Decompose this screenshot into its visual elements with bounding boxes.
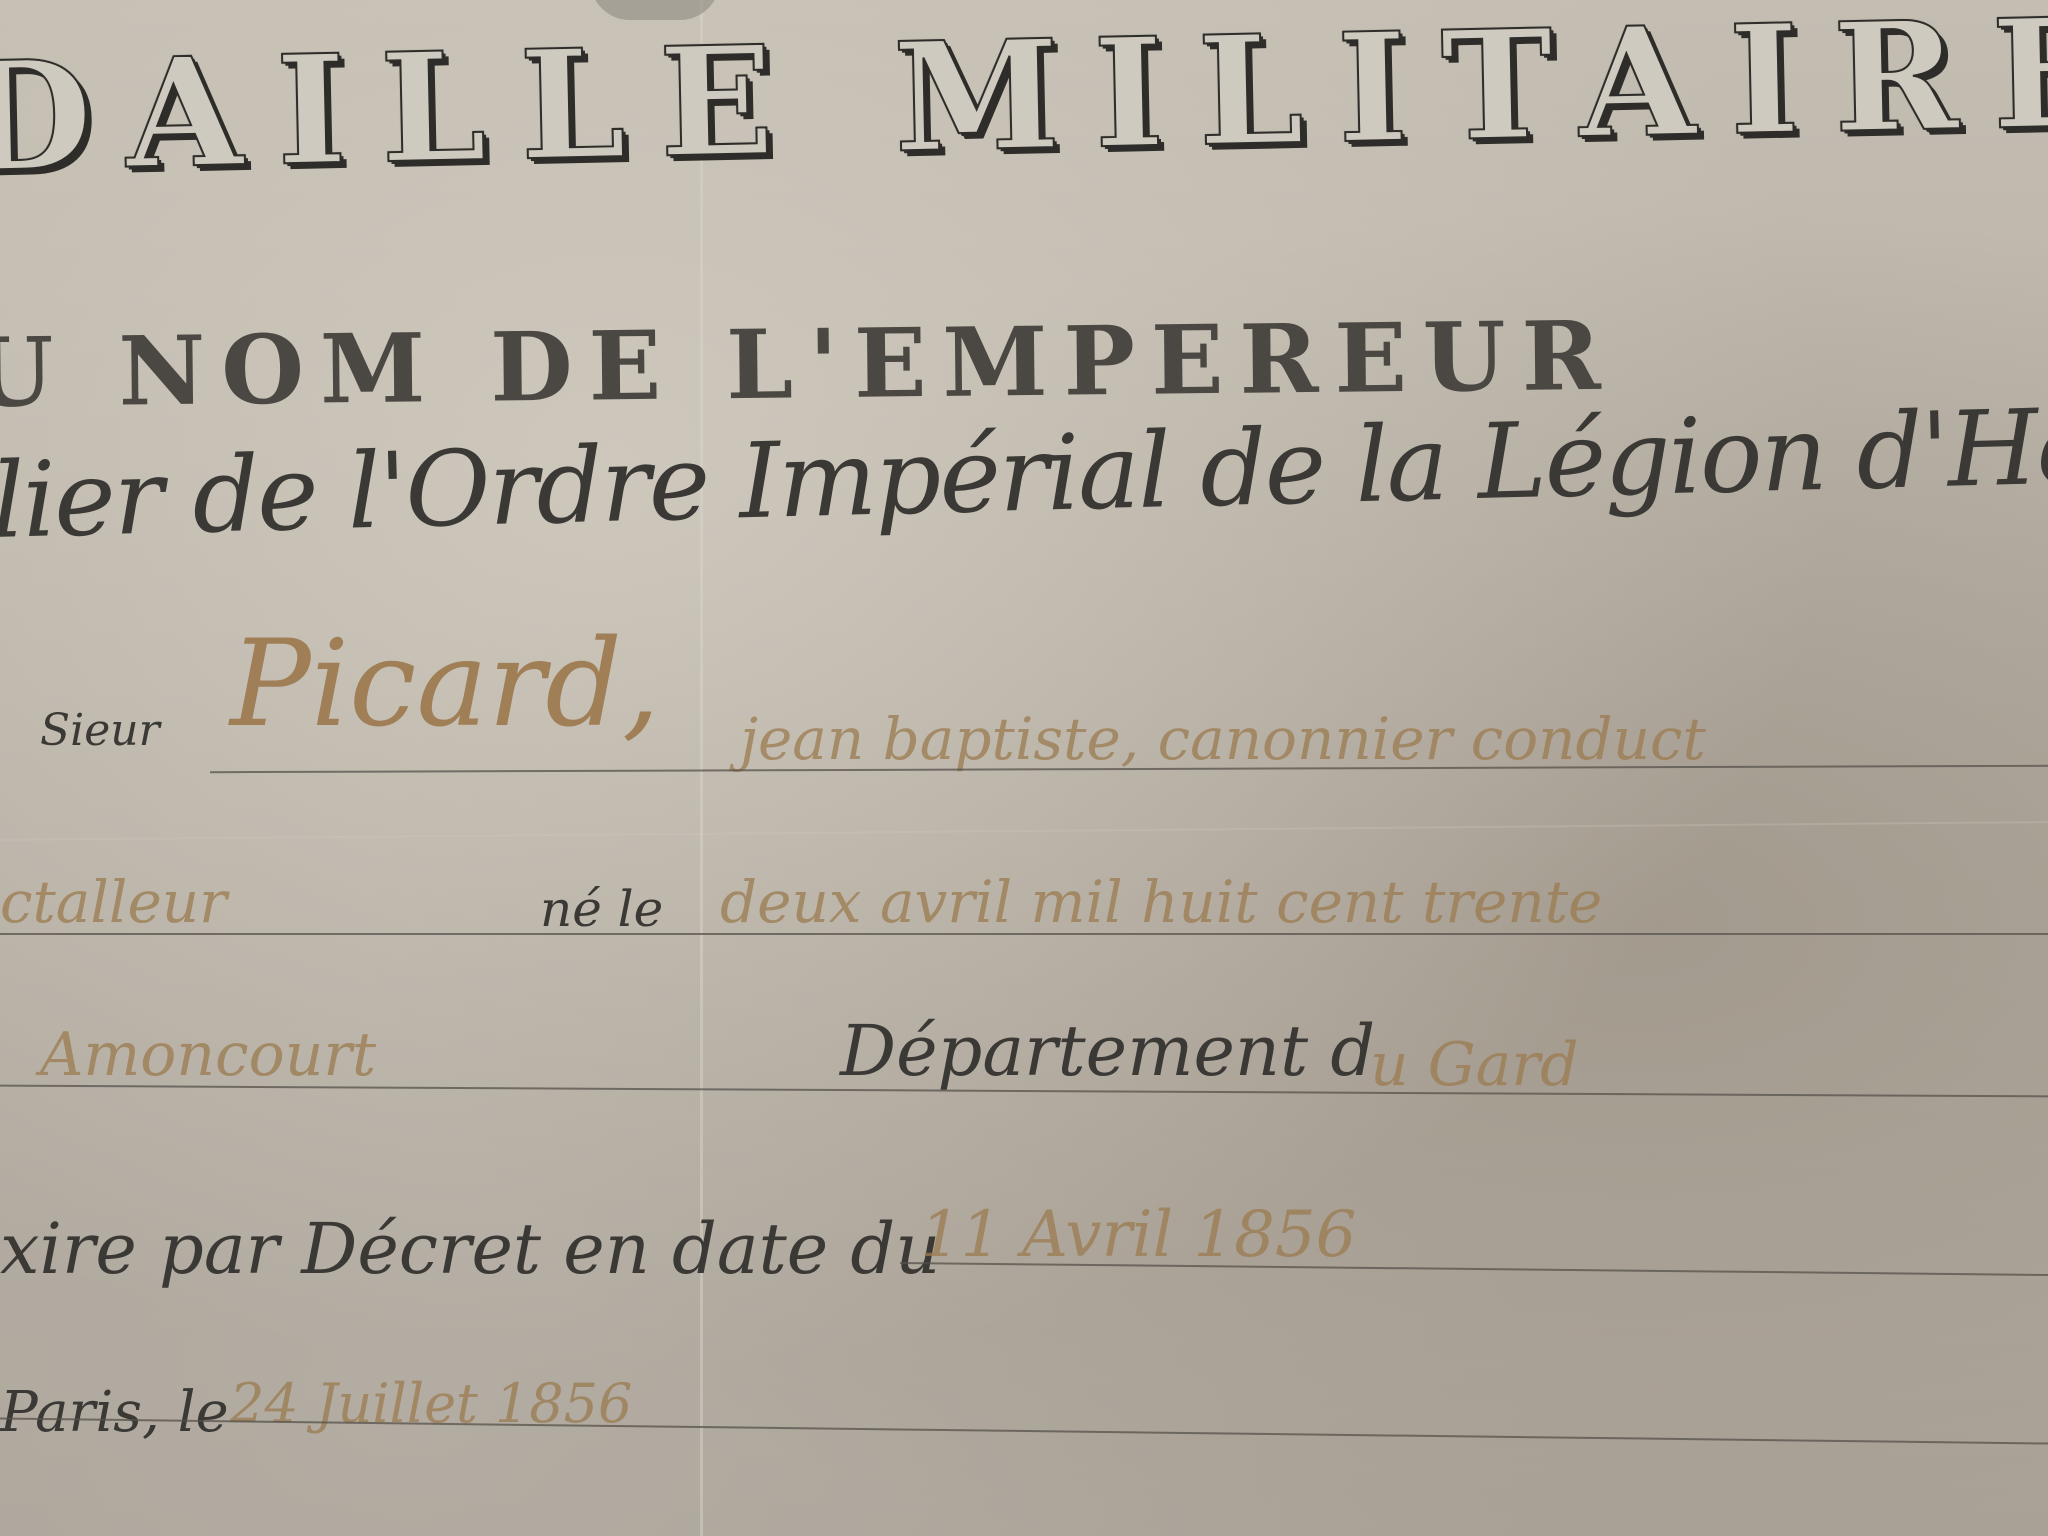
department-label: Département d (840, 1010, 1375, 1092)
born-label: né le (540, 880, 663, 938)
recipient-name: Picard, (230, 615, 660, 754)
unit-value: ctalleur (0, 868, 227, 936)
decree-label: xire par Décret en date du (0, 1208, 940, 1290)
department-value: u Gard (1370, 1030, 1579, 1100)
field-line (0, 933, 2048, 935)
commune-value: Amoncourt (40, 1020, 376, 1090)
sieur-label: Sieur (40, 705, 160, 756)
recipient-details: jean baptiste, canonnier conduct (740, 705, 1706, 773)
fold-crease (700, 0, 703, 1536)
decree-date-value: 11 Avril 1856 (920, 1198, 1356, 1272)
birth-date-value: deux avril mil huit cent trente (720, 868, 1602, 936)
place-label: Paris, le (0, 1380, 229, 1445)
